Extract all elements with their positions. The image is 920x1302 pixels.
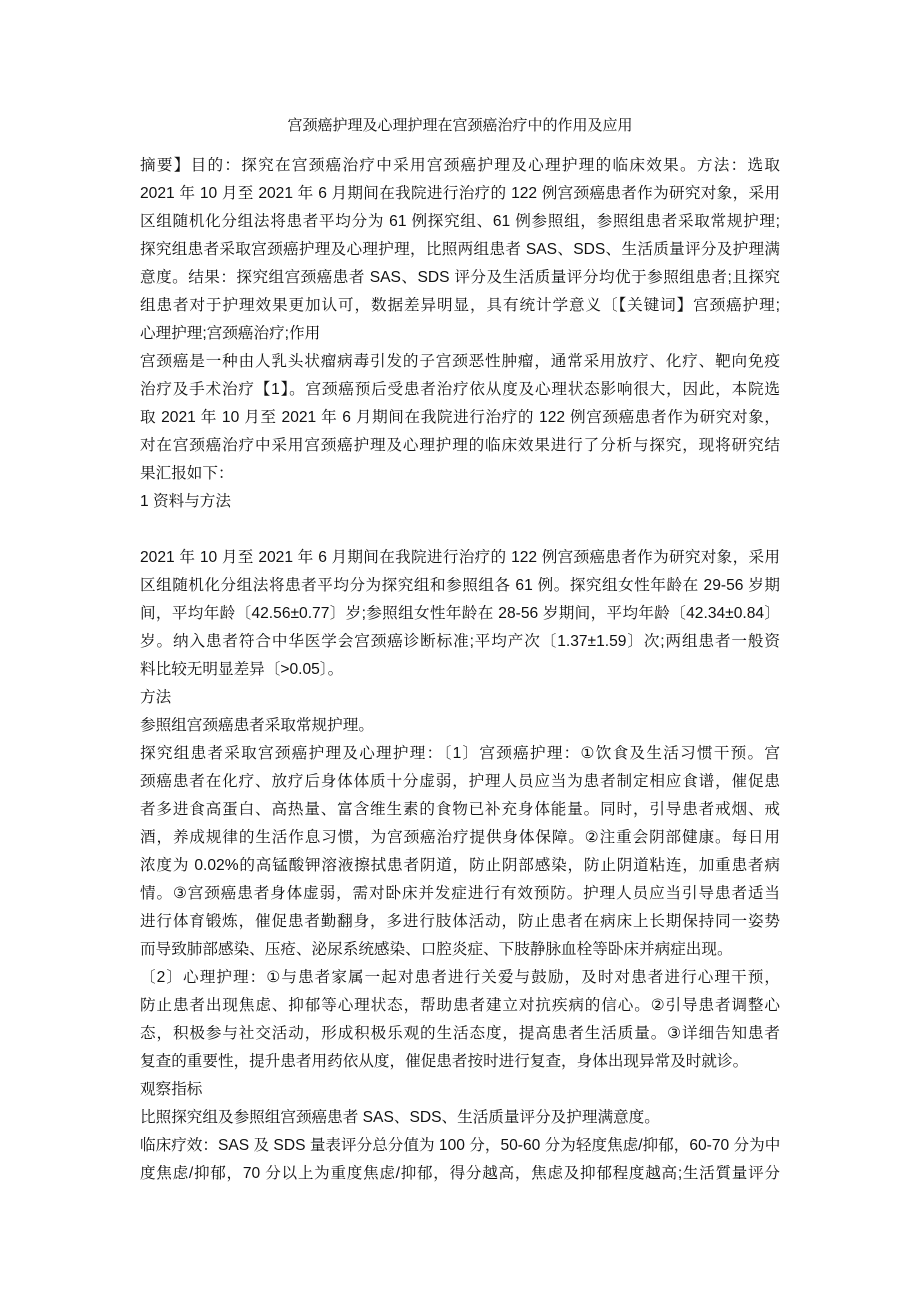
keywords-line: 心理护理;宫颈癌治疗;作用	[140, 320, 780, 348]
study-group-line: 颈癌患者在化疗、放疗后身体体质十分虚弱，护理人员应当为患者制定相应食谱，催促患	[140, 768, 780, 796]
intro-line: 治疗及手术治疗【1】。宫颈癌预后受患者治疗依从度及心理状态影响很大，因此，本院选	[140, 376, 780, 404]
abstract-paragraph: 摘要】目的：探究在宫颈癌治疗中采用宫颈癌护理及心理护理的临床效果。方法：选取 2…	[140, 152, 780, 348]
intro-line: 取 2021 年 10 月至 2021 年 6 月期间在我院进行治疗的 122 …	[140, 404, 780, 432]
abstract-line: 意度。结果：探究组宫颈癌患者 SAS、SDS 评分及生活质量评分均优于参照组患者…	[140, 264, 780, 292]
abstract-line: 探究组患者采取宫颈癌护理及心理护理，比照两组患者 SAS、SDS、生活质量评分及…	[140, 236, 780, 264]
general-info-line: 2021 年 10 月至 2021 年 6 月期间在我院进行治疗的 122 例宫…	[140, 544, 780, 572]
control-group-text: 参照组宫颈癌患者采取常规护理。	[140, 712, 780, 740]
clinical-efficacy-line: 临床疗效：SAS 及 SDS 量表评分总分值为 100 分，50-60 分为轻度…	[140, 1132, 780, 1160]
general-info-line: 区组随机化分组法将患者平均分为探究组和参照组各 61 例。探究组女性年龄在 29…	[140, 572, 780, 600]
study-group-line: 浓度为 0.02%的高锰酸钾溶液擦拭患者阴道，防止阴部感染，防止阴道粘连，加重患…	[140, 852, 780, 880]
observation-text: 比照探究组及参照组宫颈癌患者 SAS、SDS、生活质量评分及护理满意度。	[140, 1104, 780, 1132]
general-info-line: 料比较无明显差异〔>0.05〕。	[140, 656, 780, 684]
study-group-line: 进行体育锻炼，催促患者勤翻身，多进行肢体活动，防止患者在病床上长期保持同一姿势	[140, 908, 780, 936]
study-group-line: 者多进食高蛋白、高热量、富含维生素的食物已补充身体能量。同时，引导患者戒烟、戒	[140, 796, 780, 824]
blank-line	[140, 516, 780, 544]
general-info-line: 岁。纳入患者符合中华医学会宫颈癌诊断标准;平均产次〔1.37±1.59〕次;两组…	[140, 628, 780, 656]
observation-heading: 观察指标	[140, 1076, 780, 1104]
psych-care-line: 防止患者出现焦虑、抑郁等心理状态，帮助患者建立对抗疾病的信心。②引导患者调整心	[140, 992, 780, 1020]
psych-care-paragraph: 〔2〕心理护理：①与患者家属一起对患者进行关爱与鼓励，及时对患者进行心理干预， …	[140, 964, 780, 1076]
psych-care-line: 〔2〕心理护理：①与患者家属一起对患者进行关爱与鼓励，及时对患者进行心理干预，	[140, 964, 780, 992]
intro-paragraph: 宫颈癌是一种由人乳头状瘤病毒引发的子宫颈恶性肿瘤，通常采用放疗、化疗、靶向免疫 …	[140, 348, 780, 488]
intro-line: 果汇报如下：	[140, 460, 780, 488]
psych-care-line: 态，积极参与社交活动，形成积极乐观的生活态度，提高患者生活质量。③详细告知患者	[140, 1020, 780, 1048]
abstract-line: 组患者对于护理效果更加认可，数据差异明显，具有统计学意义〔【关键词】宫颈癌护理;	[140, 292, 780, 320]
document-title: 宫颈癌护理及心理护理在宫颈癌治疗中的作用及应用	[140, 115, 780, 137]
study-group-line: 探究组患者采取宫颈癌护理及心理护理：〔1〕宫颈癌护理：①饮食及生活习惯干预。宫	[140, 740, 780, 768]
section-heading: 1 资料与方法	[140, 488, 780, 516]
document-body: 摘要】目的：探究在宫颈癌治疗中采用宫颈癌护理及心理护理的临床效果。方法：选取 2…	[140, 152, 780, 1188]
study-group-paragraph: 探究组患者采取宫颈癌护理及心理护理：〔1〕宫颈癌护理：①饮食及生活习惯干预。宫 …	[140, 740, 780, 964]
study-group-line: 情。③宫颈癌患者身体虚弱，需对卧床并发症进行有效预防。护理人员应当引导患者适当	[140, 880, 780, 908]
intro-line: 宫颈癌是一种由人乳头状瘤病毒引发的子宫颈恶性肿瘤，通常采用放疗、化疗、靶向免疫	[140, 348, 780, 376]
abstract-line: 区组随机化分组法将患者平均分为 61 例探究组、61 例参照组，参照组患者采取常…	[140, 208, 780, 236]
general-info-paragraph: 2021 年 10 月至 2021 年 6 月期间在我院进行治疗的 122 例宫…	[140, 544, 780, 684]
document-page: 宫颈癌护理及心理护理在宫颈癌治疗中的作用及应用 摘要】目的：探究在宫颈癌治疗中采…	[0, 0, 920, 1302]
clinical-efficacy-line: 度焦虑/抑郁，70 分以上为重度焦虑/抑郁，得分越高，焦虑及抑郁程度越高;生活質…	[140, 1160, 780, 1188]
abstract-line: 摘要】目的：探究在宫颈癌治疗中采用宫颈癌护理及心理护理的临床效果。方法：选取	[140, 152, 780, 180]
general-info-line: 间，平均年龄〔42.56±0.77〕岁;参照组女性年龄在 28-56 岁期间，平…	[140, 600, 780, 628]
study-group-line: 酒，养成规律的生活作息习惯，为宫颈癌治疗提供身体保障。②注重会阴部健康。每日用	[140, 824, 780, 852]
clinical-efficacy-paragraph: 临床疗效：SAS 及 SDS 量表评分总分值为 100 分，50-60 分为轻度…	[140, 1132, 780, 1188]
methods-heading: 方法	[140, 684, 780, 712]
abstract-line: 2021 年 10 月至 2021 年 6 月期间在我院进行治疗的 122 例宫…	[140, 180, 780, 208]
study-group-line: 而导致肺部感染、压疮、泌尿系统感染、口腔炎症、下肢静脉血栓等卧床并病症出现。	[140, 936, 780, 964]
psych-care-line: 复查的重要性，提升患者用药依从度，催促患者按时进行复查，身体出现异常及时就诊。	[140, 1048, 780, 1076]
intro-line: 对在宫颈癌治疗中采用宫颈癌护理及心理护理的临床效果进行了分析与探究，现将研究结	[140, 432, 780, 460]
